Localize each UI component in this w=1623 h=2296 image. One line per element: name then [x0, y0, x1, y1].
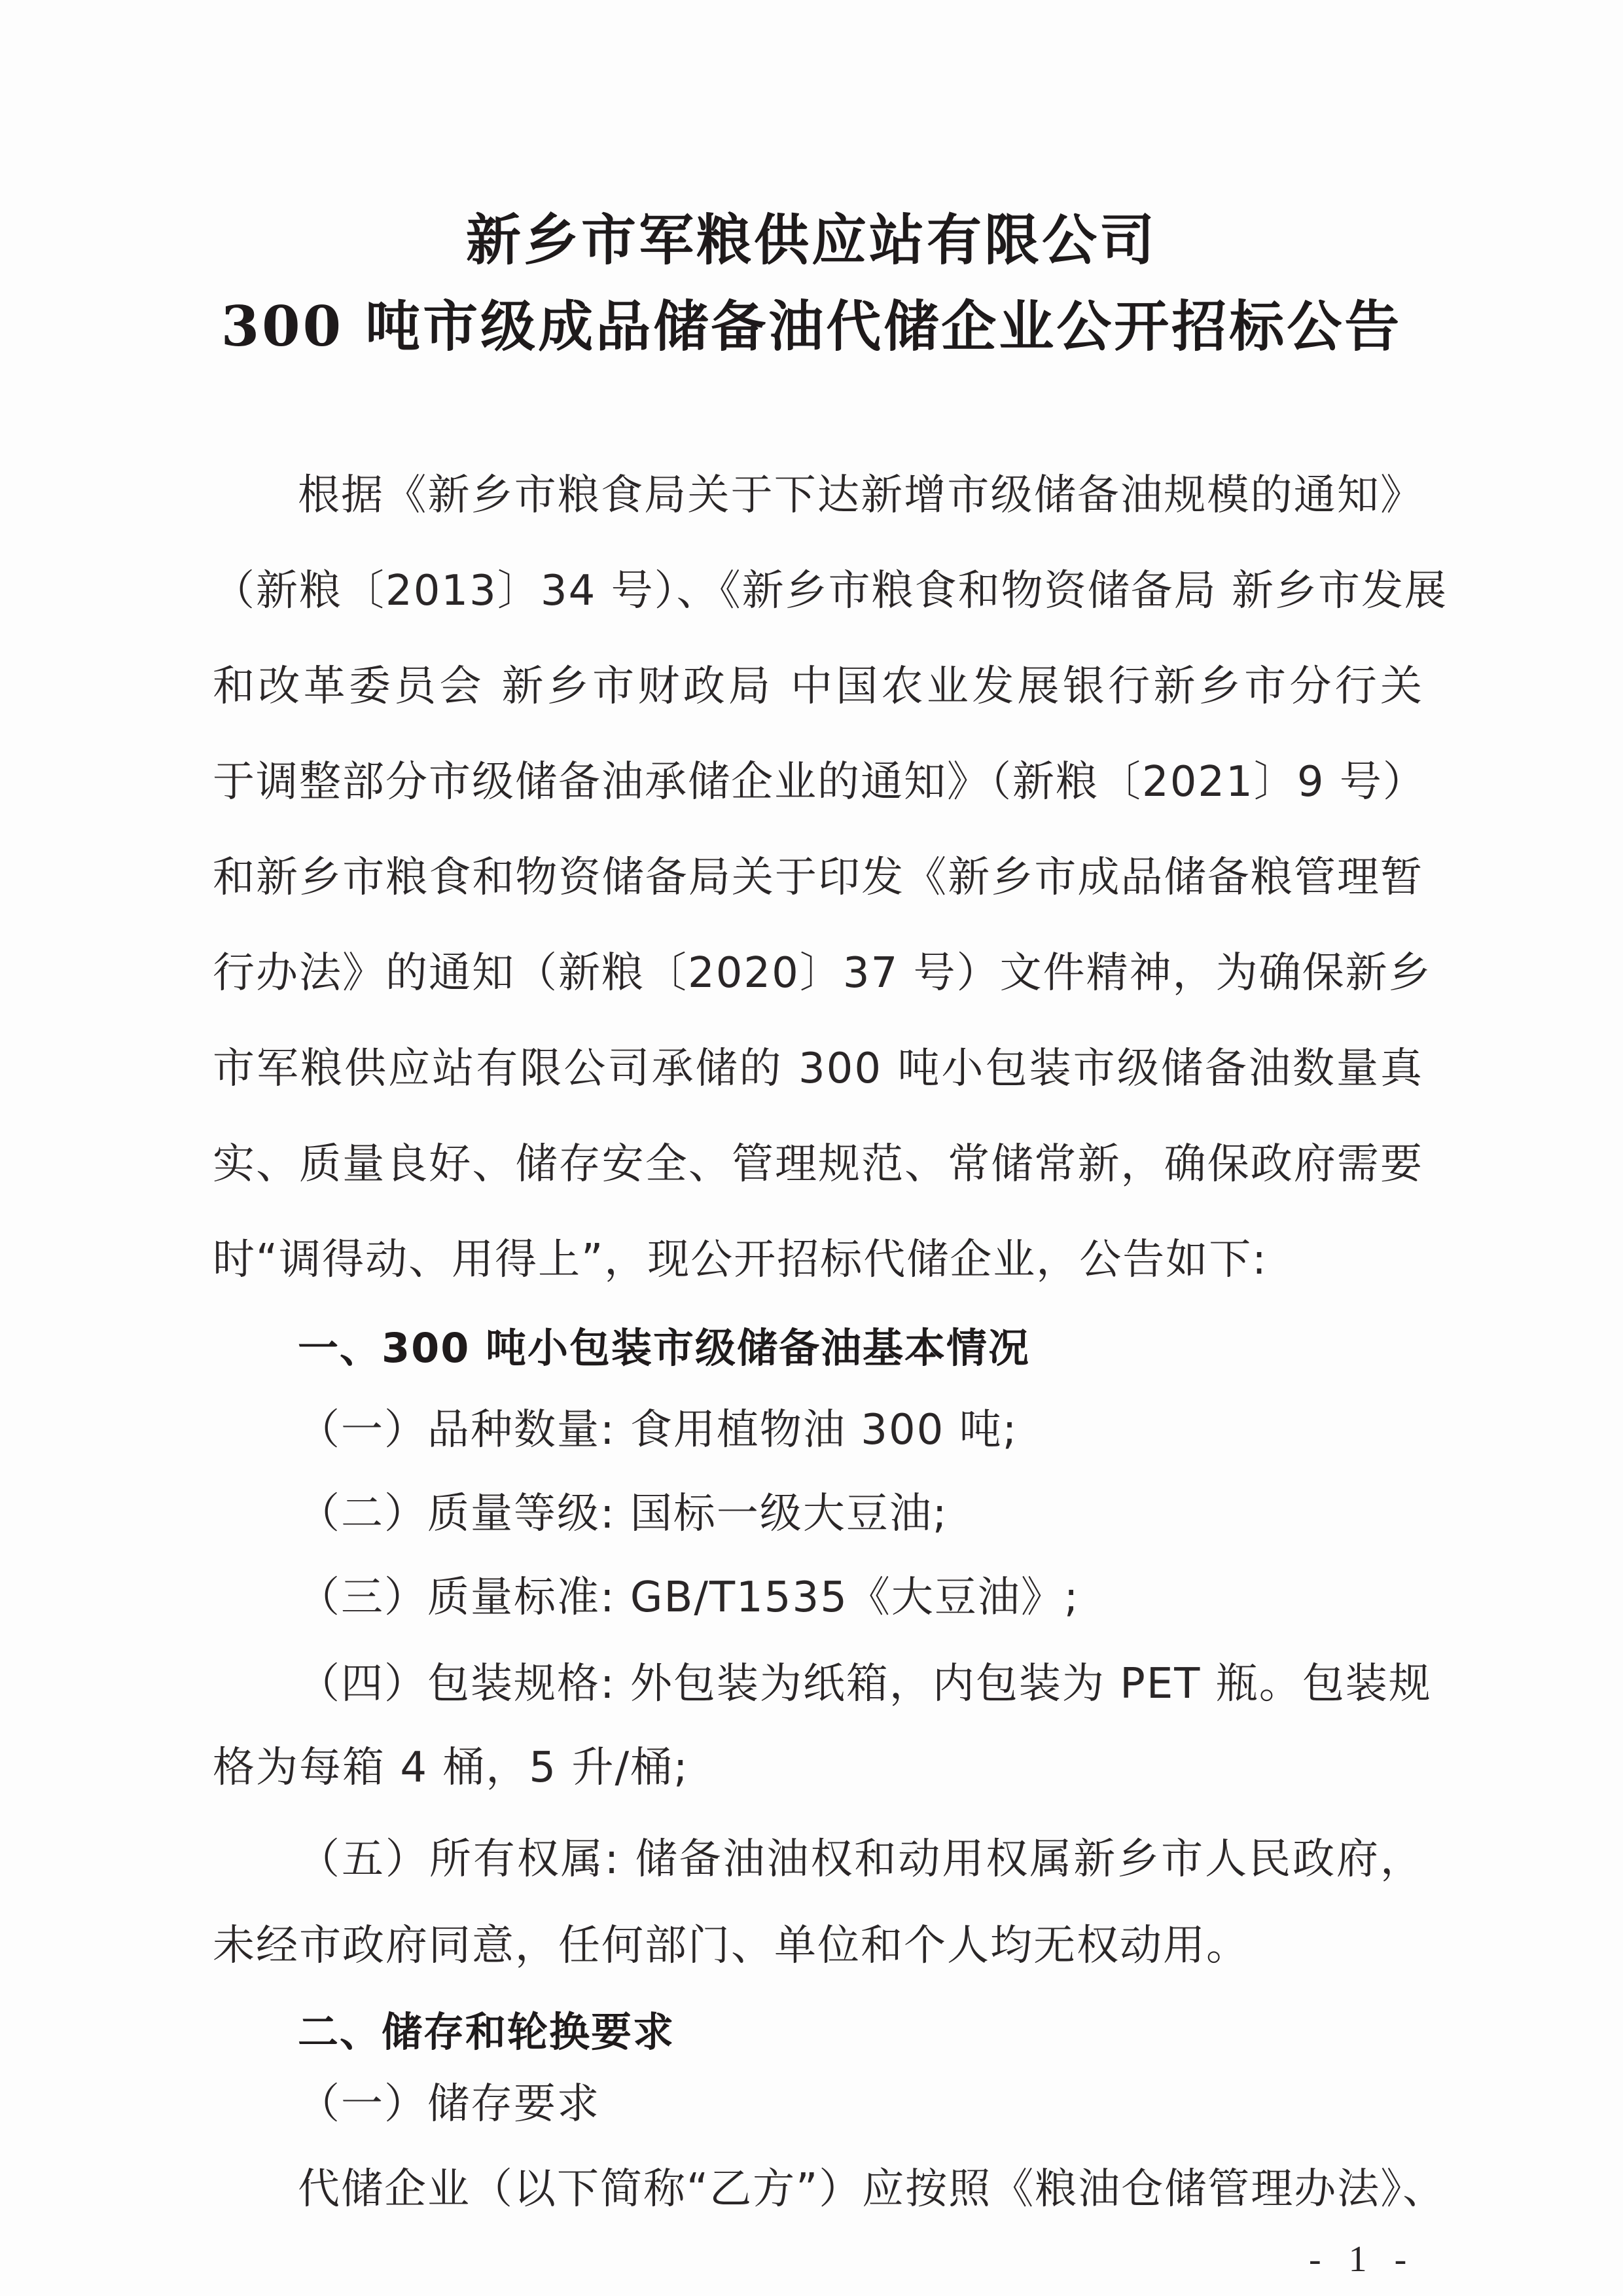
intro-line: 市军粮供应站有限公司承储的 300 吨小包装市级储备油数量真 — [213, 1039, 1423, 1098]
section-2-para-line-1: 代储企业（以下简称“乙方”）应按照《粮油仓储管理办法》、 — [298, 2160, 1423, 2219]
title-line-2: 300 吨市级成品储备油代储企业公开招标公告 — [0, 283, 1623, 362]
section-1-item-5-line-2: 未经市政府同意，任何部门、单位和个人均无权动用。 — [213, 1916, 1423, 1975]
intro-line: 根据《新乡市粮食局关于下达新增市级储备油规模的通知》 — [298, 466, 1423, 525]
title-line-1: 新乡市军粮供应站有限公司 — [0, 196, 1623, 276]
section-1-heading: 一、300 吨小包装市级储备油基本情况 — [298, 1319, 1423, 1378]
section-1-item-5-line-1: （五）所有权属: 储备油油权和动用权属新乡市人民政府， — [298, 1830, 1423, 1889]
intro-line: 时“调得动、用得上”，现公开招标代储企业，公告如下: — [213, 1230, 1423, 1289]
intro-line: 行办法》的通知（新粮〔2020〕37 号）文件精神，为确保新乡 — [213, 944, 1423, 1003]
section-1-item-4-line-2: 格为每箱 4 桶，5 升/桶; — [213, 1738, 1423, 1797]
intro-line: 和改革委员会 新乡市财政局 中国农业发展银行新乡市分行关 — [213, 657, 1423, 716]
document-page: 新乡市军粮供应站有限公司 300 吨市级成品储备油代储企业公开招标公告 根据《新… — [0, 0, 1623, 2296]
intro-line: 实、质量良好、储存安全、管理规范、常储常新，确保政府需要 — [213, 1135, 1423, 1194]
section-2-sub-1: （一）储存要求 — [298, 2075, 1423, 2134]
page-number: - 1 - — [1309, 2238, 1416, 2280]
section-1-item-4-line-1: （四）包装规格: 外包装为纸箱，内包装为 PET 瓶。包装规 — [298, 1655, 1423, 1713]
intro-line: 于调整部分市级储备油承储企业的通知》（新粮〔2021〕9 号） — [213, 753, 1423, 812]
section-1-item-1: （一）品种数量: 食用植物油 300 吨; — [298, 1401, 1423, 1460]
intro-line: （新粮〔2013〕34 号）、《新乡市粮食和物资储备局 新乡市发展 — [213, 562, 1423, 620]
section-1-item-2: （二）质量等级: 国标一级大豆油; — [298, 1484, 1423, 1543]
section-1-item-3: （三）质量标准: GB/T1535《大豆油》; — [298, 1568, 1423, 1627]
section-2-heading: 二、储存和轮换要求 — [298, 2003, 1423, 2062]
intro-line: 和新乡市粮食和物资储备局关于印发《新乡市成品储备粮管理暂 — [213, 848, 1423, 907]
